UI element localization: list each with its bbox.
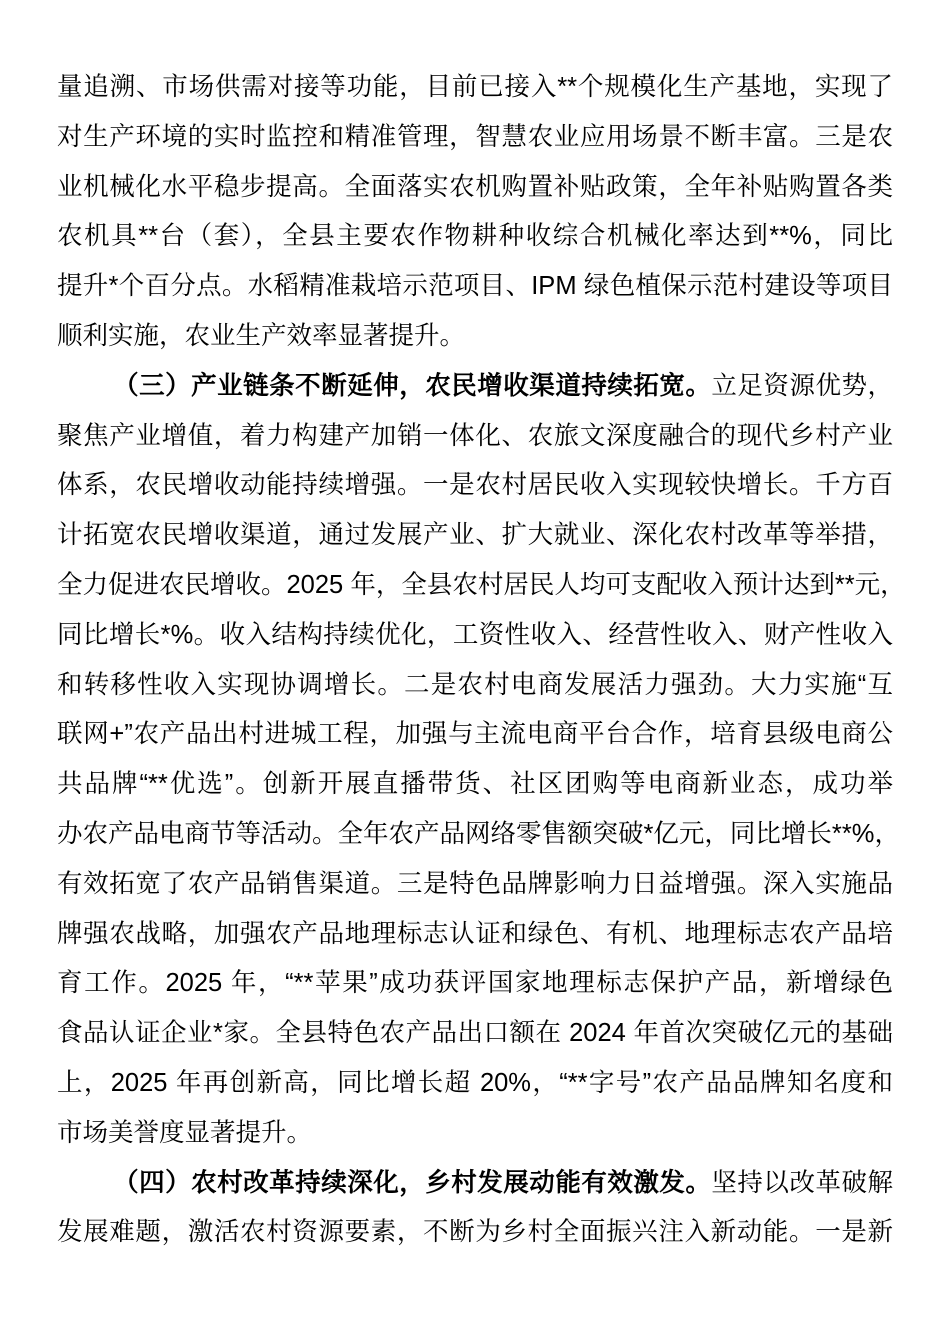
section-heading-text: （三）产业链条不断延伸，农民增收渠道持续拓宽。 xyxy=(113,372,711,400)
text-line: 有效拓宽了农产品销售渠道。三是特色品牌影响力日益增强。深入实施品 xyxy=(57,860,893,910)
section-heading-text: （四）农村改革持续深化，乡村发展动能有效激发。 xyxy=(113,1169,711,1197)
body-text: 农机具**台（套），全县主要农作物耕种收综合机械化率达到**%，同比 xyxy=(57,222,893,250)
text-line: 对生产环境的实时监控和精准管理，智慧农业应用场景不断丰富。三是农 xyxy=(57,113,893,163)
text-line: 农机具**台（套），全县主要农作物耕种收综合机械化率达到**%，同比 xyxy=(57,212,893,262)
body-text: 牌强农战略，加强农产品地理标志认证和绿色、有机、地理标志农产品培 xyxy=(57,920,893,948)
text-line: 量追溯、市场供需对接等功能，目前已接入**个规模化生产基地，实现了 xyxy=(57,63,893,113)
text-line: 和转移性收入实现协调增长。二是农村电商发展活力强劲。大力实施“互 xyxy=(57,661,893,711)
body-text: 食品认证企业*家。全县特色农产品出口额在 2024 年首次突破亿元的基础 xyxy=(57,1019,893,1047)
body-text: 同比增长*%。收入结构持续优化，工资性收入、经营性收入、财产性收入 xyxy=(57,621,893,649)
text-line: 体系，农民增收动能持续增强。一是农村居民收入实现较快增长。千方百 xyxy=(57,461,893,511)
text-line: 市场美誉度显著提升。 xyxy=(57,1109,893,1159)
body-text: 计拓宽农民增收渠道，通过发展产业、扩大就业、深化农村改革等举措， xyxy=(57,521,893,549)
body-text: 业机械化水平稳步提高。全面落实农机购置补贴政策，全年补贴购置各类 xyxy=(57,173,893,201)
section-heading-line: （四）农村改革持续深化，乡村发展动能有效激发。坚持以改革破解 xyxy=(57,1159,893,1209)
body-text: 市场美誉度显著提升。 xyxy=(57,1119,312,1147)
text-line: 共品牌“**优选”。创新开展直播带货、社区团购等电商新业态，成功举 xyxy=(57,760,893,810)
body-text: 发展难题，激活农村资源要素，不断为乡村全面振兴注入新动能。一是新 xyxy=(57,1218,893,1246)
text-line: 食品认证企业*家。全县特色农产品出口额在 2024 年首次突破亿元的基础 xyxy=(57,1009,893,1059)
body-text: 办农产品电商节等活动。全年农产品网络零售额突破*亿元，同比增长**%， xyxy=(57,820,900,848)
body-text: 共品牌“**优选”。创新开展直播带货、社区团购等电商新业态，成功举 xyxy=(57,770,893,798)
body-text: 提升*个百分点。水稻精准栽培示范项目、IPM 绿色植保示范村建设等项目 xyxy=(57,272,893,300)
text-line: 牌强农战略，加强农产品地理标志认证和绿色、有机、地理标志农产品培 xyxy=(57,910,893,960)
body-text: 体系，农民增收动能持续增强。一是农村居民收入实现较快增长。千方百 xyxy=(57,471,893,499)
text-line: 业机械化水平稳步提高。全面落实农机购置补贴政策，全年补贴购置各类 xyxy=(57,163,893,213)
text-line: 联网+”农产品出村进城工程，加强与主流电商平台合作，培育县级电商公 xyxy=(57,710,893,760)
body-text: 量追溯、市场供需对接等功能，目前已接入**个规模化生产基地，实现了 xyxy=(57,73,893,101)
body-text: 有效拓宽了农产品销售渠道。三是特色品牌影响力日益增强。深入实施品 xyxy=(57,870,893,898)
body-text: 上，2025 年再创新高，同比增长超 20%，“**字号”农产品品牌知名度和 xyxy=(57,1069,893,1097)
text-line: 聚焦产业增值，着力构建产加销一体化、农旅文深度融合的现代乡村产业 xyxy=(57,412,893,462)
text-line: 发展难题，激活农村资源要素，不断为乡村全面振兴注入新动能。一是新 xyxy=(57,1208,893,1258)
body-text: 对生产环境的实时监控和精准管理，智慧农业应用场景不断丰富。三是农 xyxy=(57,123,893,151)
body-text: 坚持以改革破解 xyxy=(711,1169,893,1197)
document-body: 量追溯、市场供需对接等功能，目前已接入**个规模化生产基地，实现了对生产环境的实… xyxy=(57,63,893,1258)
body-text: 立足资源优势， xyxy=(711,372,893,400)
body-text: 和转移性收入实现协调增长。二是农村电商发展活力强劲。大力实施“互 xyxy=(57,671,893,699)
body-text: 聚焦产业增值，着力构建产加销一体化、农旅文深度融合的现代乡村产业 xyxy=(57,422,893,450)
text-line: 同比增长*%。收入结构持续优化，工资性收入、经营性收入、财产性收入 xyxy=(57,611,893,661)
text-line: 上，2025 年再创新高，同比增长超 20%，“**字号”农产品品牌知名度和 xyxy=(57,1059,893,1109)
text-line: 计拓宽农民增收渠道，通过发展产业、扩大就业、深化农村改革等举措， xyxy=(57,511,893,561)
section-heading-line: （三）产业链条不断延伸，农民增收渠道持续拓宽。立足资源优势， xyxy=(57,362,893,412)
text-line: 全力促进农民增收。2025 年，全县农村居民人均可支配收入预计达到**元， xyxy=(57,561,893,611)
body-text: 顺利实施，农业生产效率显著提升。 xyxy=(57,322,465,350)
document-page: 量追溯、市场供需对接等功能，目前已接入**个规模化生产基地，实现了对生产环境的实… xyxy=(0,0,950,1344)
text-line: 提升*个百分点。水稻精准栽培示范项目、IPM 绿色植保示范村建设等项目 xyxy=(57,262,893,312)
body-text: 全力促进农民增收。2025 年，全县农村居民人均可支配收入预计达到**元， xyxy=(57,571,906,599)
text-line: 育工作。2025 年，“**苹果”成功获评国家地理标志保护产品，新增绿色 xyxy=(57,959,893,1009)
body-text: 联网+”农产品出村进城工程，加强与主流电商平台合作，培育县级电商公 xyxy=(57,720,893,748)
body-text: 育工作。2025 年，“**苹果”成功获评国家地理标志保护产品，新增绿色 xyxy=(57,969,893,997)
text-line: 办农产品电商节等活动。全年农产品网络零售额突破*亿元，同比增长**%， xyxy=(57,810,893,860)
text-line: 顺利实施，农业生产效率显著提升。 xyxy=(57,312,893,362)
